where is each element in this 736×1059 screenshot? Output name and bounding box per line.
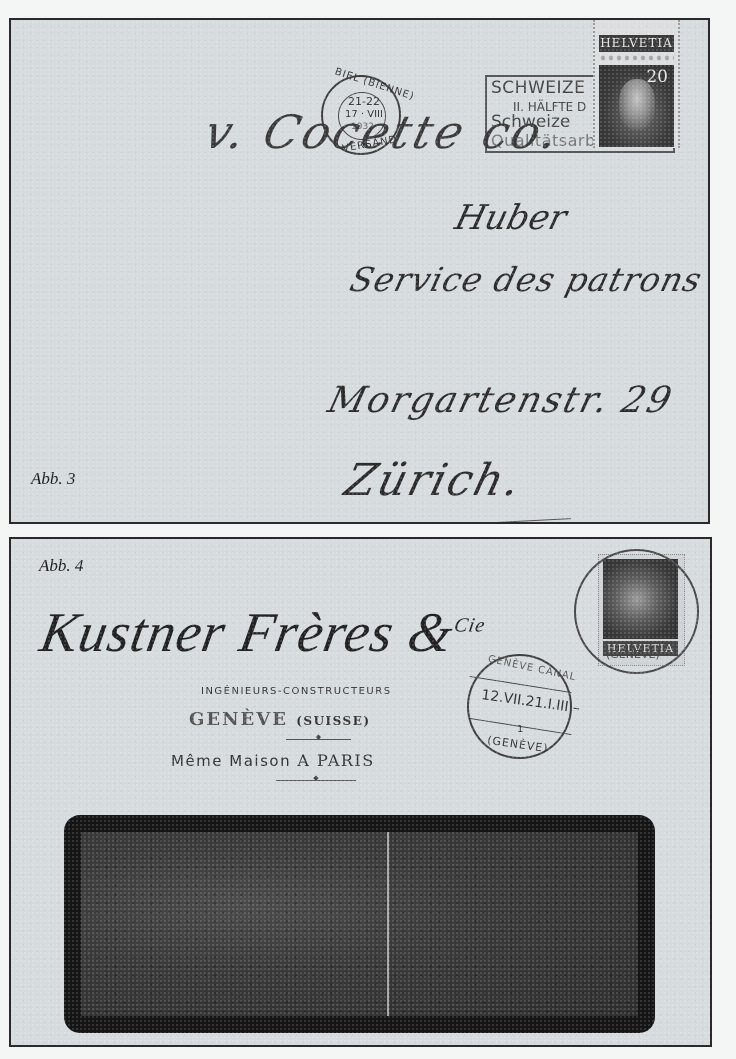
branch-suffix: A PARIS [297, 751, 374, 770]
stamp-value: 20 [646, 67, 668, 87]
ornamental-rule [286, 739, 351, 740]
window-glassine [81, 832, 638, 1016]
stamp-country: HELVETIA [599, 35, 674, 52]
ornamental-rule [276, 780, 356, 781]
figure-label: Abb. 3 [31, 469, 75, 489]
letterhead-subtitle: INGÉNIEURS-CONSTRUCTEURS [201, 686, 392, 697]
envelope-figure-4: Abb. 4 Kustner Frères &Cie INGÉNIEURS-CO… [9, 537, 712, 1047]
letterhead-company-name: Kustner Frères &Cie [35, 601, 489, 665]
city: GENÈVE [189, 709, 288, 730]
figure-label: Abb. 4 [39, 556, 83, 576]
address-line-3: Service des patrons [346, 260, 706, 299]
stamp-perforation [599, 54, 674, 62]
postmark-on-stamp: (GENÈVE) [574, 549, 699, 674]
postage-stamp: HELVETIA 20 [593, 20, 680, 148]
company-name: Kustner Frères & [36, 602, 459, 664]
address-underline [421, 518, 571, 524]
postmark-number: 1 [517, 724, 523, 735]
postmark-office: (GENÈVE) [606, 648, 660, 661]
address-line-2: Huber [451, 198, 571, 238]
address-line-1: v. Cocette co. [199, 105, 566, 159]
postmark-geneve: GENÈVE CANAL 12.VII.21.I.III – 1 (GENÈVE… [467, 654, 572, 759]
letterhead-city: GENÈVE (SUISSE) [189, 709, 371, 730]
country: (SUISSE) [296, 714, 370, 728]
slogan-line-1: SCHWEIZE [491, 80, 585, 97]
branch-prefix: Même Maison [171, 752, 291, 770]
envelope-figure-3: SCHWEIZE II. HÄLFTE D Schweize Qualitäts… [9, 18, 710, 524]
postmark-town: GENÈVE CANAL [487, 654, 577, 683]
letterhead-branch: Même Maison A PARIS [171, 751, 375, 770]
fold-line [387, 832, 389, 1016]
postmark-office: (GENÈVE) [486, 734, 549, 755]
stamp-portrait-image: 20 [599, 65, 674, 147]
company-suffix: Cie [453, 614, 488, 636]
address-line-4: Morgartenstr. 29 [324, 380, 678, 421]
address-line-5: Zürich. [340, 455, 528, 506]
envelope-window [64, 815, 655, 1033]
